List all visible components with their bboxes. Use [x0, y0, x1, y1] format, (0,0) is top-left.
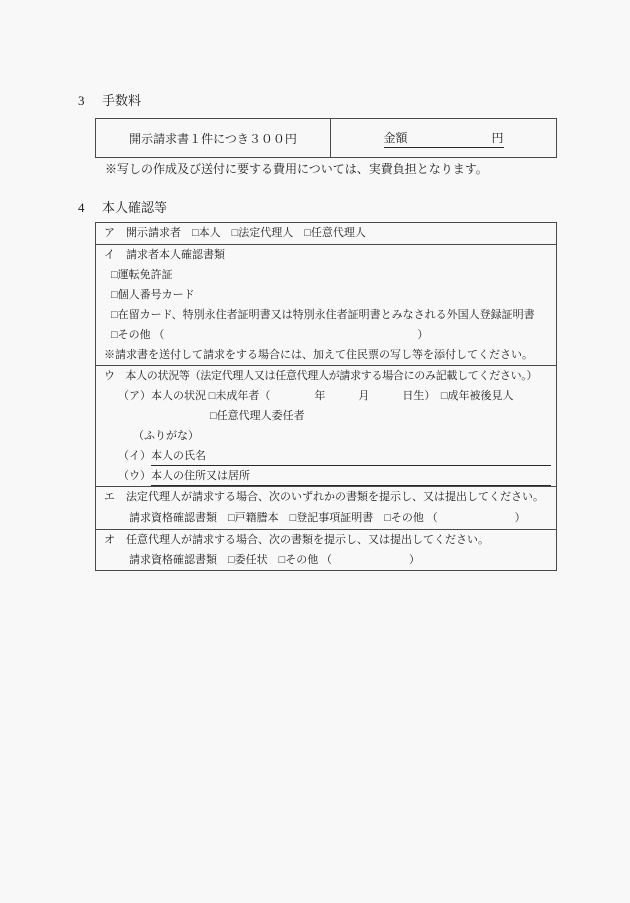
principal-status-heading: ウ 本人の状況等（法定代理人又は任意代理人が請求する場合にのみ記載してください。…	[96, 366, 556, 386]
principal-name-label: （イ）	[118, 446, 151, 466]
amount-label: 金額	[384, 129, 408, 146]
principal-address-underline-field: 本人の住所又は居所	[151, 466, 551, 486]
principal-status-checkbox-line: （ア）本人の状況 □未成年者（ 年 月 日生） □成年被後見人	[96, 386, 556, 406]
other-document-checkbox-line: □その他 （ ）	[96, 325, 556, 345]
residence-card-checkbox-line: □在留カード、特別永住者証明書又は特別永住者証明書とみなされる外国人登録証明書	[96, 305, 556, 325]
voluntary-agent-instruction-line: オ 任意代理人が請求する場合、次の書類を提示し、又は提出してください。	[96, 530, 556, 550]
principal-name-field-line: （イ） 本人の氏名	[96, 446, 556, 466]
fee-amount-cell: 金額 円	[331, 119, 556, 157]
amount-underline-field: 金額 円	[384, 129, 504, 148]
furigana-label-line: （ふりがな）	[96, 426, 556, 446]
row-legal-agent: エ 法定代理人が請求する場合、次のいずれかの書類を提示し、又は提出してください。…	[96, 486, 556, 529]
mail-request-note-line: ※請求書を送付して請求をする場合には、加えて住民票の写し等を添付してください。	[96, 345, 556, 365]
section3-heading: 3 手数料	[78, 93, 141, 109]
principal-address-label: （ウ）	[118, 466, 151, 486]
yen-label: 円	[491, 129, 503, 146]
fee-note: ※写しの作成及び送付に要する費用については、実費負担となります。	[105, 162, 488, 177]
document-page: 3 手数料 開示請求書１件につき３００円 金額 円 ※写しの作成及び送付に要する…	[0, 0, 630, 903]
row-requester-type: ア 開示請求者 □本人 □法定代理人 □任意代理人	[96, 223, 556, 244]
fee-per-request-text: 開示請求書１件につき３００円	[129, 130, 297, 147]
requester-type-checkbox-line: ア 開示請求者 □本人 □法定代理人 □任意代理人	[96, 223, 556, 244]
voluntary-agent-delegator-checkbox-line: □任意代理人委任者	[96, 406, 556, 426]
voluntary-agent-qualification-docs-line: 請求資格確認書類 □委任状 □その他 （ ）	[96, 550, 556, 570]
fee-per-request-cell: 開示請求書１件につき３００円	[96, 119, 331, 157]
my-number-card-checkbox-line: □個人番号カード	[96, 285, 556, 305]
drivers-license-checkbox-line: □運転免許証	[96, 265, 556, 285]
principal-address-field-line: （ウ） 本人の住所又は居所	[96, 466, 556, 486]
verification-table: ア 開示請求者 □本人 □法定代理人 □任意代理人 イ 請求者本人確認書類 □運…	[95, 222, 557, 571]
section4-number: 4	[78, 200, 102, 216]
section4-heading: 4 本人確認等	[78, 200, 167, 216]
row-identity-documents: イ 請求者本人確認書類 □運転免許証 □個人番号カード □在留カード、特別永住者…	[96, 244, 556, 365]
identity-documents-heading: イ 請求者本人確認書類	[96, 245, 556, 265]
principal-name-underline-field: 本人の氏名	[151, 446, 551, 466]
section3-number: 3	[78, 93, 102, 109]
legal-agent-qualification-docs-line: 請求資格確認書類 □戸籍謄本 □登記事項証明書 □その他 （ ）	[96, 508, 556, 529]
section3-title: 手数料	[102, 93, 141, 109]
legal-agent-instruction-line: エ 法定代理人が請求する場合、次のいずれかの書類を提示し、又は提出してください。	[96, 487, 556, 508]
section4-title: 本人確認等	[102, 200, 167, 216]
fee-table: 開示請求書１件につき３００円 金額 円	[95, 118, 557, 158]
row-voluntary-agent: オ 任意代理人が請求する場合、次の書類を提示し、又は提出してください。 請求資格…	[96, 529, 556, 570]
row-principal-status: ウ 本人の状況等（法定代理人又は任意代理人が請求する場合にのみ記載してください。…	[96, 365, 556, 486]
